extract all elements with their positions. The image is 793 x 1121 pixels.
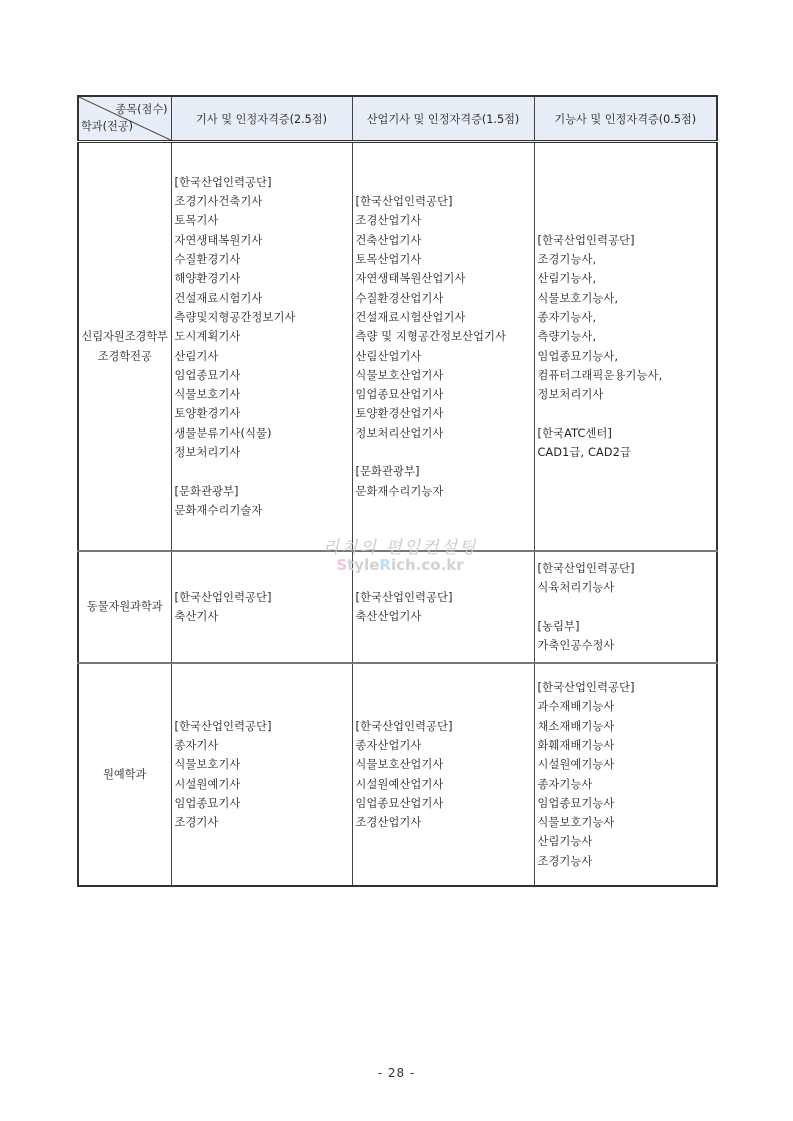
cert-list: [한국산업인력공단]종자산업기사식물보호산업기사시설원예산업기사임업종묘산업기사… (356, 717, 534, 833)
industrial-engineer-certs-cell: [한국산업인력공단]축산산업기사 (352, 551, 534, 663)
cert-list: [한국산업인력공단]축산산업기사 (356, 588, 534, 627)
cert-item: 식물보호기사 (175, 755, 352, 774)
cert-item: 토양환경산업기사 (356, 404, 534, 423)
cert-item: 건축산업기사 (356, 231, 534, 250)
cert-item: 건설재료시험기사 (175, 289, 352, 308)
department-cell: 원예학과 (78, 663, 171, 886)
cert-item: [문화관광부] (356, 462, 534, 481)
cert-item: 시설원예기사 (175, 775, 352, 794)
cert-item: 식육처리기능사 (538, 578, 717, 597)
cert-item: 축산산업기사 (356, 607, 534, 626)
cert-item: 생물분류기사(식물) (175, 424, 352, 443)
cert-list: [한국산업인력공단]조경기사건축기사토목기사자연생태복원기사수질환경기사해양환경… (175, 173, 352, 520)
cert-item: [한국산업인력공단] (356, 588, 534, 607)
major-name: 조경학전공 (79, 347, 171, 366)
cert-list: [한국산업인력공단]종자기사식물보호기사시설원예기사임업종묘기사조경기사 (175, 717, 352, 833)
cert-item: 자연생태복원산업기사 (356, 269, 534, 288)
craftsman-certs-cell: [한국산업인력공단]과수재배기능사채소재배기능사화훼재배기능사시설원예기능사종자… (534, 663, 717, 886)
cert-item: 시설원예산업기사 (356, 775, 534, 794)
cert-item: 임업종묘기능사, (538, 347, 717, 366)
cert-item: 산림기능사, (538, 269, 717, 288)
column-header-engineer: 기사 및 인정자격증(2.5점) (171, 96, 352, 142)
cert-item: [한국산업인력공단] (538, 231, 717, 250)
column-header-craftsman: 기능사 및 인정자격증(0.5점) (534, 96, 717, 142)
cert-item: 임업종묘기사 (175, 794, 352, 813)
cert-item: 식물보호기사 (175, 385, 352, 404)
cert-item: [한국산업인력공단] (175, 588, 352, 607)
cert-item: 문화재수리기술자 (175, 501, 352, 520)
cert-list: [한국산업인력공단]축산기사 (175, 588, 352, 627)
cert-list: [한국산업인력공단]조경기능사,산림기능사,식물보호기능사,종자기능사,측량기능… (538, 231, 717, 463)
cert-item: 조경기능사 (538, 852, 717, 871)
cert-item: 정보처리기사 (538, 385, 717, 404)
cert-item: 토목산업기사 (356, 250, 534, 269)
cert-item: 임업종묘기사 (175, 366, 352, 385)
cert-list: [한국산업인력공단]과수재배기능사채소재배기능사화훼재배기능사시설원예기능사종자… (538, 678, 717, 871)
cert-item (538, 404, 717, 423)
certificate-score-table: 종목(점수) 학과(전공) 기사 및 인정자격증(2.5점) 산업기사 및 인정… (77, 95, 718, 887)
department-cell: 신림자원조경학부 조경학전공 (78, 142, 171, 552)
cert-item: 종자산업기사 (356, 736, 534, 755)
department-name: 신림자원조경학부 (79, 327, 171, 346)
department-cell: 동물자원과학과 (78, 551, 171, 663)
cert-item: 임업종묘산업기사 (356, 794, 534, 813)
cert-item: 임업종묘산업기사 (356, 385, 534, 404)
cert-item: 식물보호산업기사 (356, 366, 534, 385)
cert-item: 산림기능사 (538, 832, 717, 851)
craftsman-certs-cell: [한국산업인력공단]조경기능사,산림기능사,식물보호기능사,종자기능사,측량기능… (534, 142, 717, 552)
corner-label-category: 종목(점수) (116, 101, 168, 117)
cert-item: 수질환경기사 (175, 250, 352, 269)
cert-item: 조경기사 (175, 813, 352, 832)
diagonal-corner-header: 종목(점수) 학과(전공) (78, 96, 171, 142)
cert-list: [한국산업인력공단]식육처리기능사[농림부]가축인공수정사 (538, 559, 717, 655)
cert-item: CAD1급, CAD2급 (538, 443, 717, 462)
cert-item: 조경기능사, (538, 250, 717, 269)
cert-item: 시설원예기능사 (538, 755, 717, 774)
cert-item: 채소재배기능사 (538, 717, 717, 736)
engineer-certs-cell: [한국산업인력공단]축산기사 (171, 551, 352, 663)
cert-item: 정보처리산업기사 (356, 424, 534, 443)
cert-item: 식물보호기능사 (538, 813, 717, 832)
cert-item: 컴퓨터그래픽운용기능사, (538, 366, 717, 385)
cert-item: [한국ATC센터] (538, 424, 717, 443)
cert-item: 토양환경기사 (175, 404, 352, 423)
cert-item: 토목기사 (175, 211, 352, 230)
cert-item: 조경산업기사 (356, 813, 534, 832)
industrial-engineer-certs-cell: [한국산업인력공단]종자산업기사식물보호산업기사시설원예산업기사임업종묘산업기사… (352, 663, 534, 886)
cert-item: [한국산업인력공단] (175, 717, 352, 736)
cert-item: 화훼재배기능사 (538, 736, 717, 755)
engineer-certs-cell: [한국산업인력공단]종자기사식물보호기사시설원예기사임업종묘기사조경기사 (171, 663, 352, 886)
cert-item: 축산기사 (175, 607, 352, 626)
page-number: - 28 - (0, 1066, 793, 1080)
cert-item: 과수재배기능사 (538, 697, 717, 716)
table-row: 원예학과 [한국산업인력공단]종자기사식물보호기사시설원예기사임업종묘기사조경기… (78, 663, 717, 886)
cert-item: 임업종묘기능사 (538, 794, 717, 813)
cert-item: 종자기능사, (538, 308, 717, 327)
cert-item: 건설재료시험산업기사 (356, 308, 534, 327)
cert-item: 조경산업기사 (356, 211, 534, 230)
cert-item: 문화재수리기능자 (356, 482, 534, 501)
cert-item (175, 462, 352, 481)
cert-item: 정보처리기사 (175, 443, 352, 462)
department-name: 원예학과 (79, 765, 171, 784)
cert-item (356, 443, 534, 462)
cert-item: 측량및지형공간정보기사 (175, 308, 352, 327)
cert-item: [한국산업인력공단] (356, 717, 534, 736)
department-name: 동물자원과학과 (79, 597, 171, 616)
cert-item: 종자기사 (175, 736, 352, 755)
cert-item: [한국산업인력공단] (538, 559, 717, 578)
corner-label-department: 학과(전공) (81, 118, 133, 134)
cert-item: [문화관광부] (175, 482, 352, 501)
cert-item: 식물보호기능사, (538, 289, 717, 308)
document-page: 종목(점수) 학과(전공) 기사 및 인정자격증(2.5점) 산업기사 및 인정… (0, 0, 793, 1121)
industrial-engineer-certs-cell: [한국산업인력공단]조경산업기사건축산업기사토목산업기사자연생태복원산업기사수질… (352, 142, 534, 552)
table-row: 동물자원과학과 [한국산업인력공단]축산기사 [한국산업인력공단]축산산업기사 … (78, 551, 717, 663)
cert-item: 조경기사건축기사 (175, 192, 352, 211)
cert-item: 해양환경기사 (175, 269, 352, 288)
cert-item: [한국산업인력공단] (356, 192, 534, 211)
cert-item: [농림부] (538, 617, 717, 636)
cert-item: [한국산업인력공단] (175, 173, 352, 192)
craftsman-certs-cell: [한국산업인력공단]식육처리기능사[농림부]가축인공수정사 (534, 551, 717, 663)
cert-item: 자연생태복원기사 (175, 231, 352, 250)
cert-item: 산림기사 (175, 347, 352, 366)
cert-list: [한국산업인력공단]조경산업기사건축산업기사토목산업기사자연생태복원산업기사수질… (356, 192, 534, 501)
cert-item: 산림산업기사 (356, 347, 534, 366)
cert-item: 수질환경산업기사 (356, 289, 534, 308)
cert-item: 도시계획기사 (175, 327, 352, 346)
cert-item: 가축인공수정사 (538, 636, 717, 655)
column-header-industrial-engineer: 산업기사 및 인정자격증(1.5점) (352, 96, 534, 142)
cert-item: 식물보호산업기사 (356, 755, 534, 774)
table-row: 신림자원조경학부 조경학전공 [한국산업인력공단]조경기사건축기사토목기사자연생… (78, 142, 717, 552)
cert-item: 종자기능사 (538, 775, 717, 794)
table-header-row: 종목(점수) 학과(전공) 기사 및 인정자격증(2.5점) 산업기사 및 인정… (78, 96, 717, 142)
cert-item: 측량 및 지형공간정보산업기사 (356, 327, 534, 346)
engineer-certs-cell: [한국산업인력공단]조경기사건축기사토목기사자연생태복원기사수질환경기사해양환경… (171, 142, 352, 552)
cert-item: [한국산업인력공단] (538, 678, 717, 697)
cert-item (538, 597, 717, 616)
cert-item: 측량기능사, (538, 327, 717, 346)
